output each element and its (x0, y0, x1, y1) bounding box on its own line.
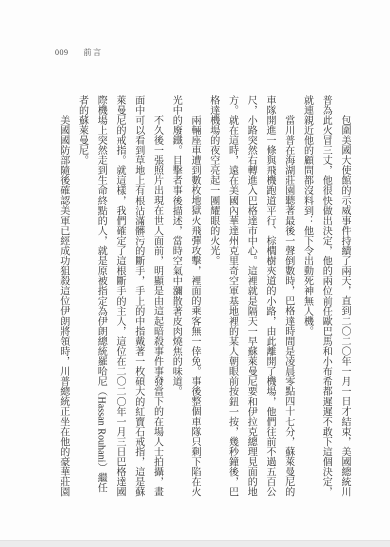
paragraph-1: 包圍美國大使館的示威事件持續了兩天，直到二〇二〇年一月一日才結束，美國總統川普為… (297, 95, 353, 498)
book-page: 009 前言 包圍美國大使館的示威事件持續了兩天，直到二〇二〇年一月一日才結束，… (0, 0, 390, 547)
paragraph-2: 當川普在海湖莊園聽著最後一聲倒數時，巴格達時間是凌晨零點四十七分，蘇萊曼尼的車隊… (203, 95, 297, 498)
body-text: 包圍美國大使館的示威事件持續了兩天，直到二〇二〇年一月一日才結束，美國總統川普為… (51, 95, 353, 498)
paragraph-4: 不久後一張照片出現在世人面前，明顯是由這起暗殺事件事發當下的在場人士拍攝，畫面中… (72, 95, 166, 498)
page-bottom-edge (0, 540, 390, 547)
paragraph-3: 兩輛座車遭到數枚地獄火飛彈攻擊，裡面的乘客無一倖免。事後整個車隊只剩下陷在火光中… (166, 95, 204, 498)
paragraph-5: 美國國防部隨後確認美軍已經成功狙殺這位伊朗將領時，川普總統正坐在他的豪華莊園 (53, 95, 72, 498)
running-header: 009 前言 (55, 47, 103, 58)
chapter-title: 前言 (84, 47, 103, 58)
page-number: 009 (55, 48, 69, 57)
